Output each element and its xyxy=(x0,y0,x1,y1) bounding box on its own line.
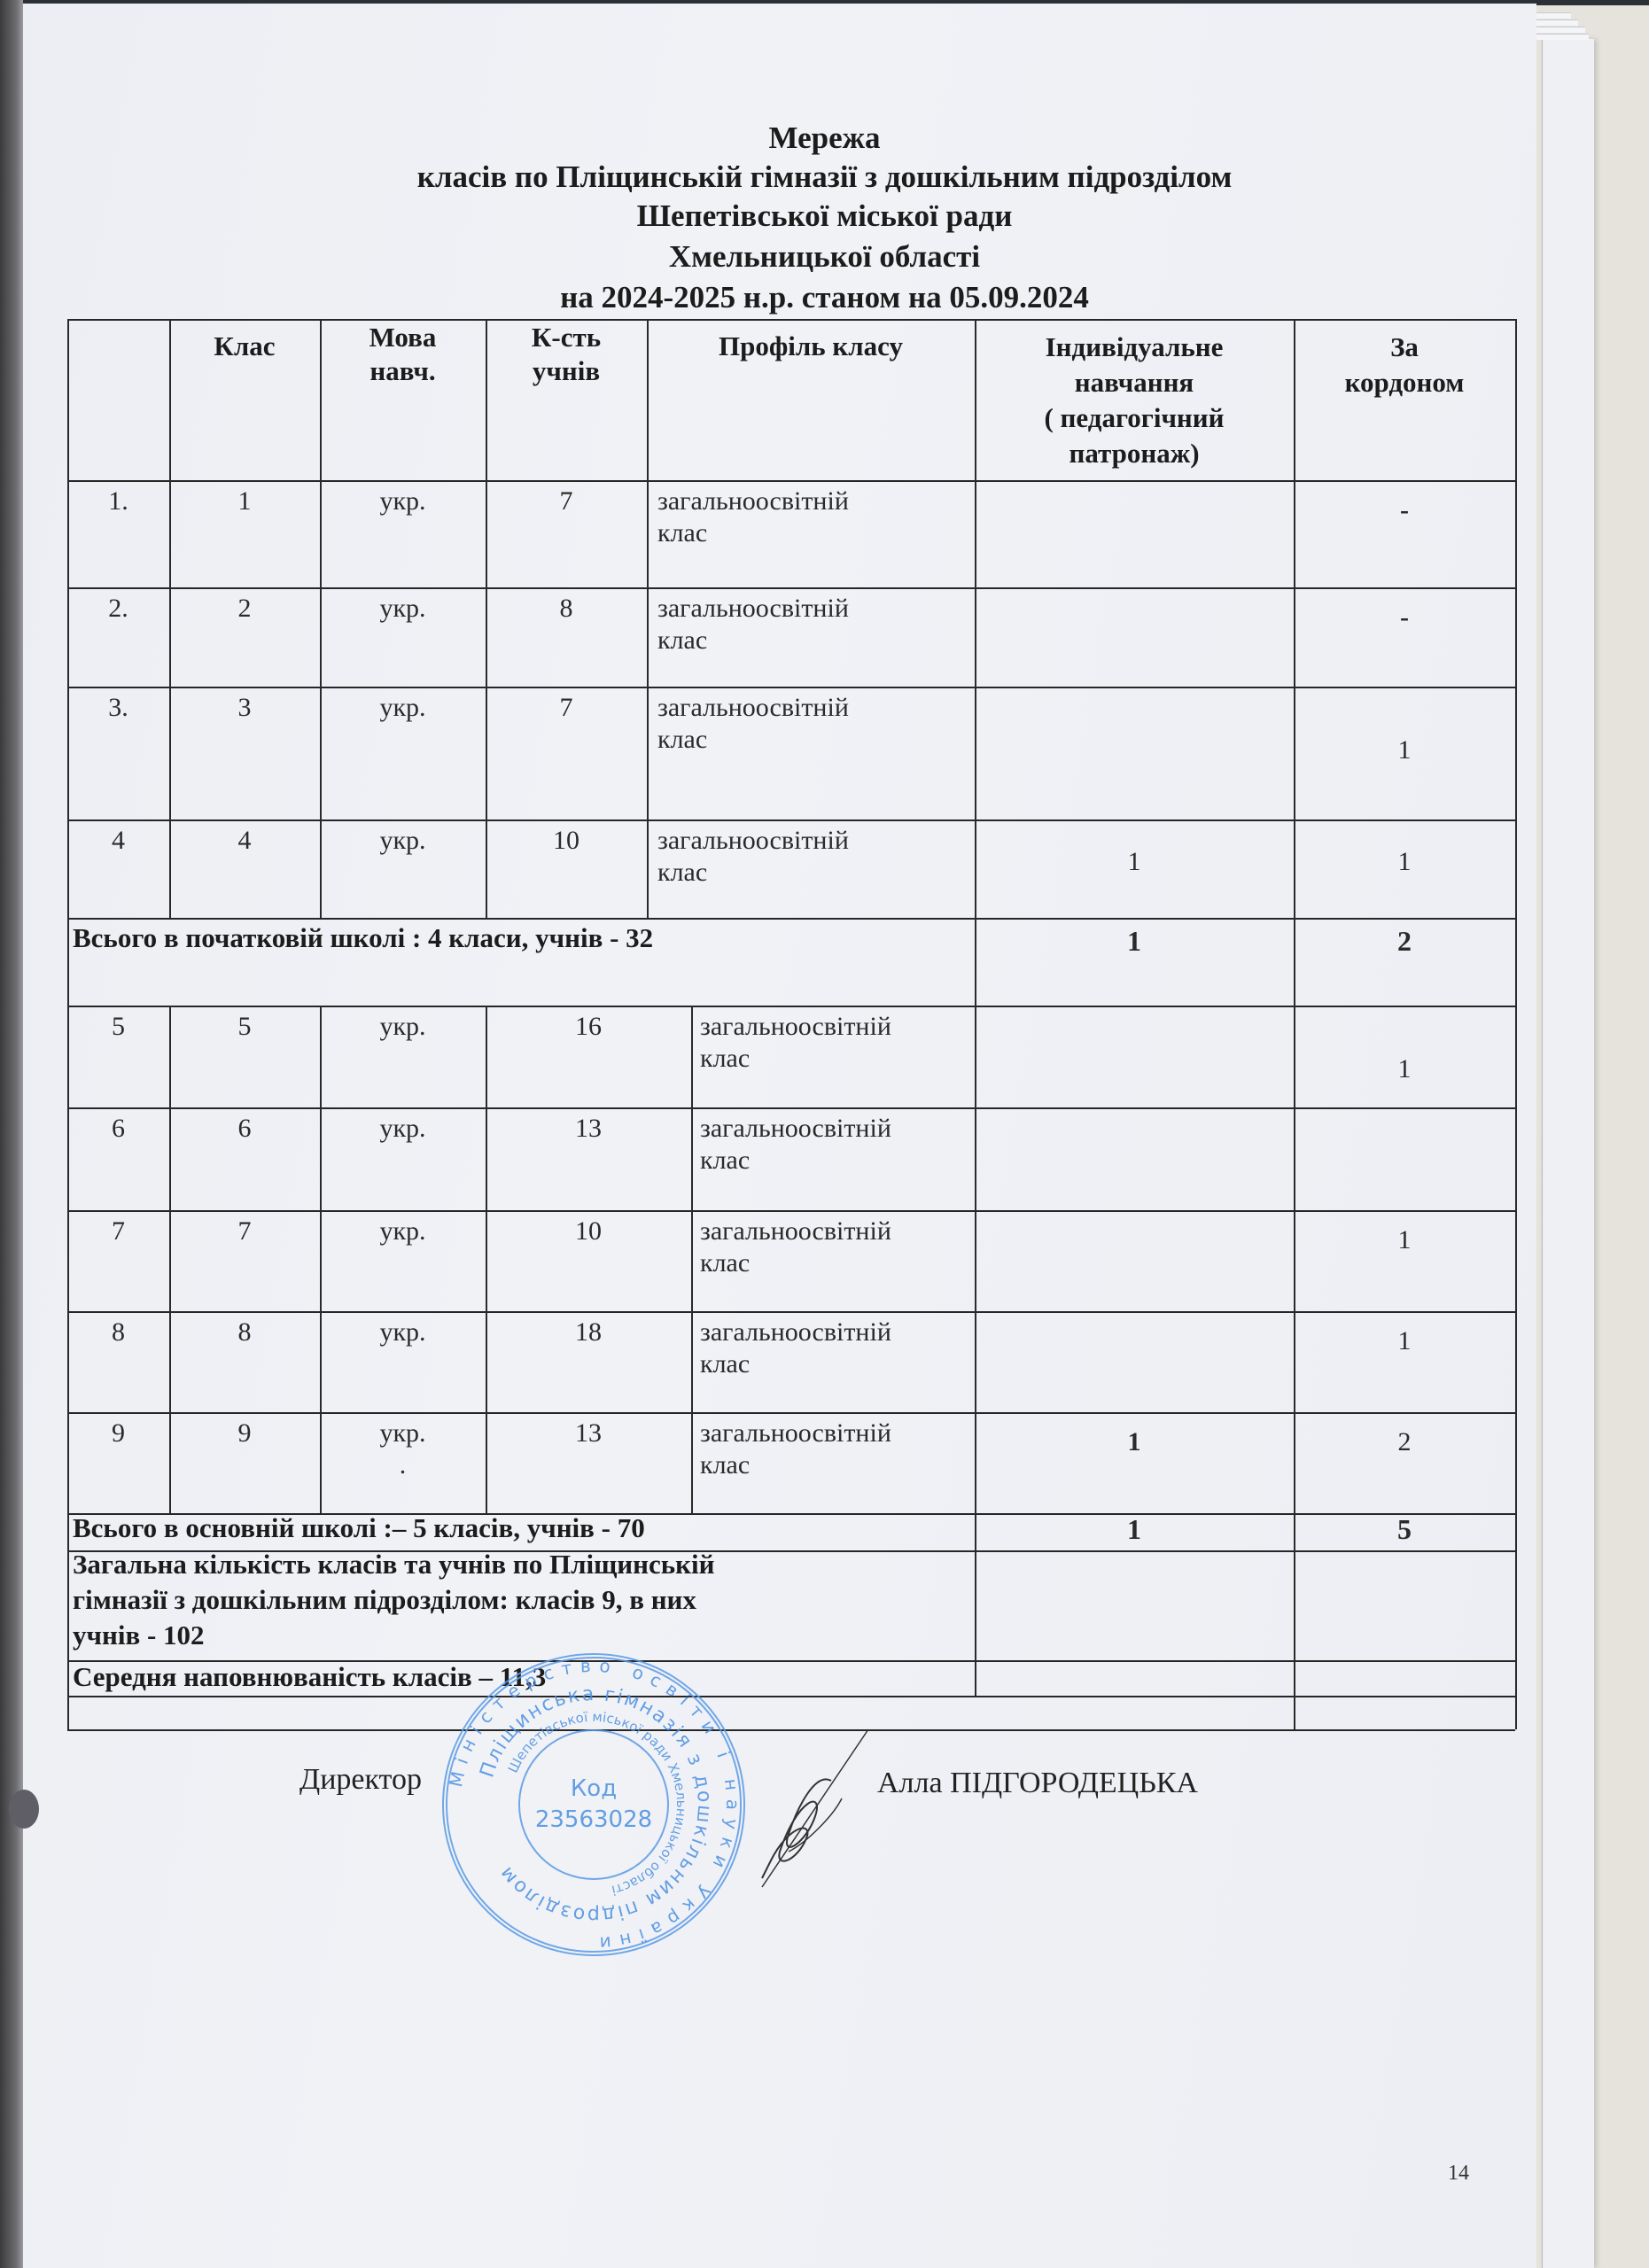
summary-total-line: учнів - 102 xyxy=(73,1618,715,1653)
row-count: 13 xyxy=(486,1417,691,1449)
title-line-3: Шепетівської міської ради xyxy=(0,198,1649,234)
header-individual-line: ( педагогічний xyxy=(975,400,1294,436)
row-count: 16 xyxy=(486,1011,691,1043)
row-language: укр. xyxy=(320,1011,486,1043)
table-row-border xyxy=(67,480,1515,482)
row-abroad: 2 xyxy=(1294,1426,1515,1458)
signature-scribble-icon xyxy=(735,1728,886,1905)
row-class: 1 xyxy=(169,485,320,517)
title-line-2: класів по Пліщинській гімназії з дошкіль… xyxy=(0,159,1649,195)
row-profile: клас xyxy=(657,724,932,756)
row-class: 4 xyxy=(169,825,320,857)
row-profile: клас xyxy=(700,1145,975,1177)
row-profile: клас xyxy=(700,1247,975,1279)
header-class: Клас xyxy=(169,330,320,363)
table-row-border xyxy=(67,1311,1515,1313)
row-language-note: . xyxy=(320,1449,486,1481)
table-column-border xyxy=(975,319,976,1696)
header-abroad-line: За xyxy=(1294,330,1515,365)
row-number: 7 xyxy=(67,1216,169,1247)
row-profile: клас xyxy=(657,517,932,549)
row-number: 3. xyxy=(67,692,169,724)
row-number: 5 xyxy=(67,1011,169,1043)
header-count-line: учнів xyxy=(486,354,647,388)
row-language: укр. xyxy=(320,1317,486,1348)
header-language-line: навч. xyxy=(320,354,486,388)
signature-role: Директор xyxy=(299,1763,422,1797)
row-class: 3 xyxy=(169,692,320,724)
row-profile: загальноосвітній xyxy=(657,593,932,625)
header-abroad: За кордоном xyxy=(1294,330,1515,400)
row-profile: загальноосвітній xyxy=(700,1113,975,1145)
row-count: 8 xyxy=(486,593,647,625)
header-individual-line: патронаж) xyxy=(975,436,1294,471)
row-number: 4 xyxy=(67,825,169,857)
header-individual: Індивідуальне навчання ( педагогічний па… xyxy=(975,330,1294,471)
row-class: 6 xyxy=(169,1113,320,1145)
row-class: 2 xyxy=(169,593,320,625)
table-row-border xyxy=(67,319,1515,321)
row-profile: клас xyxy=(700,1348,975,1380)
row-number: 8 xyxy=(67,1317,169,1348)
header-individual-line: навчання xyxy=(975,365,1294,400)
row-profile: клас xyxy=(700,1449,975,1481)
binder-hole xyxy=(9,1790,39,1829)
header-abroad-line: кордоном xyxy=(1294,365,1515,400)
row-profile: клас xyxy=(657,857,932,889)
row-language: укр. xyxy=(320,1417,486,1449)
table-row-border xyxy=(67,1006,1515,1007)
header-count: К-сть учнів xyxy=(486,321,647,388)
row-language: укр. xyxy=(320,593,486,625)
page-stack-edge xyxy=(1536,19,1578,26)
header-language: Мова навч. xyxy=(320,321,486,388)
row-count: 7 xyxy=(486,485,647,517)
row-individual: 1 xyxy=(975,1426,1294,1458)
summary-primary-label: Всього в початковій школі : 4 класи, учн… xyxy=(73,921,653,955)
summary-total-line: гімназії з дошкільним підрозділом: класі… xyxy=(73,1582,715,1618)
row-language: укр. xyxy=(320,1113,486,1145)
row-profile: загальноосвітній xyxy=(700,1317,975,1348)
table-column-border xyxy=(691,1006,693,1513)
row-language: укр. xyxy=(320,485,486,517)
header-count-line: К-сть xyxy=(486,321,647,354)
table-column-border xyxy=(1515,319,1517,1729)
summary-primary-individual: 1 xyxy=(975,925,1294,957)
table-column-border xyxy=(647,319,649,918)
row-count: 7 xyxy=(486,692,647,724)
row-profile: клас xyxy=(657,625,932,656)
summary-total: Загальна кількість класів та учнів по Пл… xyxy=(73,1547,715,1653)
row-abroad: 1 xyxy=(1294,734,1515,766)
table-row-border xyxy=(67,1210,1515,1212)
row-class: 5 xyxy=(169,1011,320,1043)
row-language: укр. xyxy=(320,1216,486,1247)
row-abroad: - xyxy=(1294,494,1515,526)
title-line-4: Хмельницької області xyxy=(0,239,1649,275)
row-profile: загальноосвітній xyxy=(700,1417,975,1449)
header-individual-line: Індивідуальне xyxy=(975,330,1294,365)
row-count: 18 xyxy=(486,1317,691,1348)
signature-name: Алла ПІДГОРОДЕЦЬКА xyxy=(877,1767,1198,1800)
row-number: 6 xyxy=(67,1113,169,1145)
row-number: 2. xyxy=(67,593,169,625)
row-abroad: 1 xyxy=(1294,1325,1515,1357)
row-number: 1. xyxy=(67,485,169,517)
page-stack-edge xyxy=(1536,27,1585,33)
page-stack-edge xyxy=(1536,34,1589,40)
summary-basic-abroad: 5 xyxy=(1294,1513,1515,1545)
table-row-border xyxy=(67,819,1515,821)
svg-text:Код: Код xyxy=(571,1775,617,1802)
svg-text:Шепетівської міської ради Хмел: Шепетівської міської ради Хмельницької о… xyxy=(505,1709,689,1899)
row-count: 10 xyxy=(486,825,647,857)
row-profile: загальноосвітній xyxy=(700,1216,975,1247)
header-profile: Профіль класу xyxy=(647,330,975,363)
summary-primary-abroad: 2 xyxy=(1294,925,1515,957)
row-number: 9 xyxy=(67,1417,169,1449)
row-class: 9 xyxy=(169,1417,320,1449)
row-profile: загальноосвітній xyxy=(657,825,932,857)
row-language: укр. xyxy=(320,825,486,857)
page-number: 14 xyxy=(1448,2162,1469,2186)
row-language: укр. xyxy=(320,692,486,724)
table-row-border xyxy=(67,1412,1515,1414)
table-row-border xyxy=(67,1696,1515,1697)
row-count: 13 xyxy=(486,1113,691,1145)
table-row-border xyxy=(67,918,1515,920)
row-profile: загальноосвітній xyxy=(657,485,932,517)
summary-basic-label: Всього в основній школі :– 5 класів, учн… xyxy=(73,1511,645,1545)
title-line-5: на 2024-2025 н.р. станом на 05.09.2024 xyxy=(0,280,1649,315)
header-language-line: Мова xyxy=(320,321,486,354)
row-abroad: 1 xyxy=(1294,1224,1515,1256)
underlying-pages xyxy=(1542,39,1594,2268)
svg-text:23563028: 23563028 xyxy=(535,1806,652,1833)
row-abroad: 1 xyxy=(1294,846,1515,878)
table-row-border xyxy=(67,687,1515,688)
table-row-border xyxy=(67,587,1515,589)
row-abroad: 1 xyxy=(1294,1053,1515,1085)
title-line-1: Мережа xyxy=(0,120,1649,156)
summary-basic-individual: 1 xyxy=(975,1513,1294,1545)
table-row-border xyxy=(67,1107,1515,1109)
scan-left-border xyxy=(0,0,23,2268)
row-profile: загальноосвітній xyxy=(657,692,932,724)
row-abroad: - xyxy=(1294,602,1515,633)
row-profile: загальноосвітній xyxy=(700,1011,975,1043)
row-class: 7 xyxy=(169,1216,320,1247)
official-stamp: Міністерство освіти і науки України Пліщ… xyxy=(439,1650,749,1960)
row-profile: клас xyxy=(700,1043,975,1075)
row-individual: 1 xyxy=(975,846,1294,878)
page-stack-edge xyxy=(1536,12,1571,19)
row-class: 8 xyxy=(169,1317,320,1348)
summary-total-line: Загальна кількість класів та учнів по Пл… xyxy=(73,1547,715,1582)
row-count: 10 xyxy=(486,1216,691,1247)
